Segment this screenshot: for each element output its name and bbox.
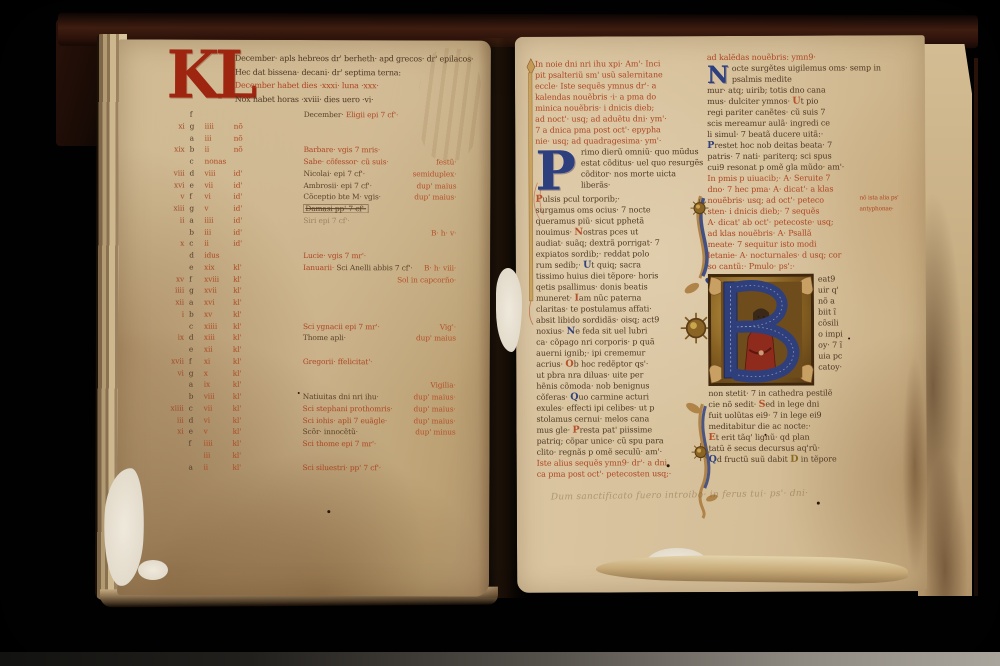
hymn-text: octe surgẽtes uigilemus oms· semp in psa… xyxy=(732,63,881,84)
text-line: tatũ ẽ secus decursus aq'rũ· xyxy=(709,442,889,454)
text-line: fuit uolũtas ei9· 7 in lege ei9 xyxy=(708,409,888,421)
text-line: expiatos sordib;· reddat polo xyxy=(536,248,706,260)
book-cover-right-edge xyxy=(974,58,978,596)
manuscript-photograph: KL December· apls hebreos dr' berheth· a… xyxy=(0,0,1000,666)
text-line: ca· cõpago nri corporis· p quã xyxy=(536,336,706,348)
text-line: oy· 7 ĩ xyxy=(818,339,884,350)
text-line: Qd fructũ suũ dabit D in tẽpore xyxy=(709,453,889,465)
text-line: nõ ista alia ps' xyxy=(859,195,923,206)
text-line: cie nõ sedit· Sed in lege dni xyxy=(708,398,888,410)
text-line: hẽnis cõmoda· nob benignus xyxy=(536,380,706,392)
rubric-antiphon-instructions: In pmis p uiuacib;· A· Seruite 7dno· 7 h… xyxy=(707,172,887,272)
calendar-table: fDecember· Eligii epi 7 cf'·xigiiiinõaii… xyxy=(153,109,482,474)
drop-cap-n-initial: N xyxy=(707,63,732,85)
text-line: claritas· te postulamus affati· xyxy=(536,303,706,315)
text-line: clito· regnãs p omẽ seculũ· am'· xyxy=(537,446,707,458)
text-line: eat9 xyxy=(818,273,884,284)
text-line: Pulsis pcul torporib;· xyxy=(535,193,705,205)
text-line: ca pma post oct'· petecosten usq;· xyxy=(537,468,707,480)
text-line: meditabitur die ac nocte:· xyxy=(708,420,888,432)
text-line: kalendas nouẽbris ·i· a pma do xyxy=(535,91,705,103)
text-line: so cantũ:· Pmulo· ps':· xyxy=(708,260,888,272)
text-line: mus gle· Presta pat' piissime xyxy=(536,424,706,436)
text-line: meate· 7 sequitur isto modi xyxy=(708,238,888,250)
psalm-text-beside-initial: eat9uir q'nõ abiit ĩcõsilio impioy· 7 ĩu… xyxy=(814,273,884,385)
text-line: minica nouẽbris· i dnicis dieb; xyxy=(535,102,705,114)
text-line: Iste alius sequẽs ymn9· dr'· a dni xyxy=(537,457,707,469)
stain xyxy=(902,355,927,575)
text-line: noxius· Ne feda sit uel lubri xyxy=(536,325,706,337)
text-column-1: In noie dni nri ihu xpi· Am'· Incipit ps… xyxy=(535,58,707,480)
text-line: stolamus cernui· melos cana xyxy=(536,413,706,425)
text-line: antyphonae· xyxy=(860,206,924,217)
psalm-1-lines: non stetit· 7 in cathedra pestilẽcie nõ … xyxy=(708,387,888,465)
gutter-repair-patch xyxy=(496,268,522,352)
text-line: nie· usq; ad quadragesima· ym'· xyxy=(535,135,705,147)
hymn-body-lines: mur· atq; uirib; totis dno canamus· dulc… xyxy=(707,84,887,173)
calendar-row: aiikl'Sci siluestri· pp' 7 cf'· xyxy=(153,462,481,475)
text-line: surgamus oms ocius· 7 nocte xyxy=(536,204,706,216)
text-line: absit libido sordidãs· oisq; act9 xyxy=(536,314,706,326)
text-line: scis mereamur aulã· ingredi ce xyxy=(707,117,887,129)
psalter-incipit-page: In noie dni nri ihu xpi· Am'· Incipit ps… xyxy=(515,35,927,593)
ink-spot xyxy=(765,434,767,436)
ink-spot xyxy=(327,510,330,513)
hymn-nocte-surgentes: Nocte surgẽtes uigilemus oms· semp in ps… xyxy=(707,62,887,85)
text-line: 7 a dnica pma post oct'· epypha xyxy=(535,124,705,136)
marginal-annotation: nõ ista alia ps'antyphonae· xyxy=(859,195,923,217)
beatus-initial-row: eat9uir q'nõ abiit ĩcõsilio impioy· 7 ĩu… xyxy=(708,273,888,386)
ink-bleedthrough xyxy=(417,47,483,161)
text-line: pit psalteriũ sm' usũ salernitane xyxy=(535,69,705,81)
text-line: rum sedib;· Ut quiq; sacra xyxy=(536,259,706,271)
text-line: patris· 7 nati· pariterq; sci spus xyxy=(707,150,887,162)
rubric-incipit: In noie dni nri ihu xpi· Am'· Incipit ps… xyxy=(535,58,705,147)
text-line: cõferas· Quo carmine acturi xyxy=(536,391,706,403)
drop-cap-p-initial: P xyxy=(535,147,581,194)
text-line: ad noct'· usq; ad aduẽtu dni· ym'· xyxy=(535,113,705,125)
text-line: regi pariter canẽtes· cũ suis 7 xyxy=(707,106,887,118)
text-line: non stetit· 7 in cathedra pestilẽ xyxy=(708,387,888,399)
text-line: auerni ignib;· ipi crememur xyxy=(536,347,706,359)
text-line: ut pbra nra diluas· uite per xyxy=(536,369,706,381)
calendar-page-december: KL December· apls hebreos dr' berheth· a… xyxy=(117,39,491,596)
text-line: ad klas nouẽbris· A· Psallã xyxy=(708,227,888,239)
text-line: tissimo huius diei tẽpore· horis xyxy=(536,270,706,282)
text-line: catoy· xyxy=(818,361,884,372)
text-line: li simul· 7 beatã ducere uitã:· xyxy=(707,128,887,140)
text-line: biit ĩ xyxy=(818,306,884,317)
text-column-2: ad kalẽdas nouẽbris: ymn9· Nocte surgẽte… xyxy=(707,51,889,465)
text-line: dno· 7 hec pma· A· dicat'· a klas xyxy=(707,183,887,195)
text-line: nõ a xyxy=(818,295,884,306)
text-line: Et erit tãq' lignũ· qd plan xyxy=(709,431,889,443)
illuminated-initial-b xyxy=(708,274,814,386)
text-line: A· dicat' ab oct'· petecoste· usq; xyxy=(708,216,888,228)
text-line: Prestet hoc nob deitas beata· 7 xyxy=(707,139,887,151)
ink-spot xyxy=(667,464,670,467)
text-line: acrius· Ob hoc redẽptor qs'· xyxy=(536,358,706,370)
text-line: audiat· suãq; dextrã porrigat· 7 xyxy=(536,237,706,249)
rubric-line: ad kalẽdas nouẽbris: ymn9· xyxy=(707,51,887,63)
text-line: letanie· A· nocturnales· d usq; cor xyxy=(708,249,888,261)
text-line: muneret· Iam nũc paterna xyxy=(536,292,706,304)
text-line: cui9 resonat p omẽ gla mũdo· am'· xyxy=(707,161,887,173)
text-line: eccle· Iste sequẽs ymnus dr'· a xyxy=(535,80,705,92)
text-line: uir q' xyxy=(818,284,884,295)
text-line: queramus piũ· sicut pphetã xyxy=(536,215,706,227)
text-line: In pmis p uiuacib;· A· Seruite 7 xyxy=(707,172,887,184)
text-line: nouimus· Nostras pces ut xyxy=(536,226,706,238)
ink-spot xyxy=(817,502,820,505)
text-line: exules· effecti ipi celibes· ut p xyxy=(536,402,706,414)
hymn-primo-dierum: Primo dierũ omniũ· quo mũdus estat cõdit… xyxy=(535,146,705,194)
text-line: mur· atq; uirib; totis dno cana xyxy=(707,84,887,96)
hymn-body-lines: Pulsis pcul torporib;·surgamus oms ocius… xyxy=(535,193,706,480)
text-line: cõsili xyxy=(818,317,884,328)
text-line: uia pc xyxy=(818,350,884,361)
parchment-repair-patch xyxy=(138,560,168,580)
text-line: o impi xyxy=(818,328,884,339)
text-line: qetis psallimus· donis beatis xyxy=(536,281,706,293)
ink-spot xyxy=(298,392,300,394)
text-line: patriq; cõpar unice· cũ spu para xyxy=(537,435,707,447)
ink-spot xyxy=(848,337,850,339)
faded-footer-inscription: Dum sanctificato fuero introibo· in feru… xyxy=(551,487,891,502)
text-line: mus· dulciter ymnos· Ut pio xyxy=(707,95,887,107)
photo-bottom-strip xyxy=(0,652,1000,666)
text-line: In noie dni nri ihu xpi· Am'· Inci xyxy=(535,58,705,70)
hymn-text: rimo dierũ omniũ· quo mũdus estat cõditu… xyxy=(581,147,703,190)
